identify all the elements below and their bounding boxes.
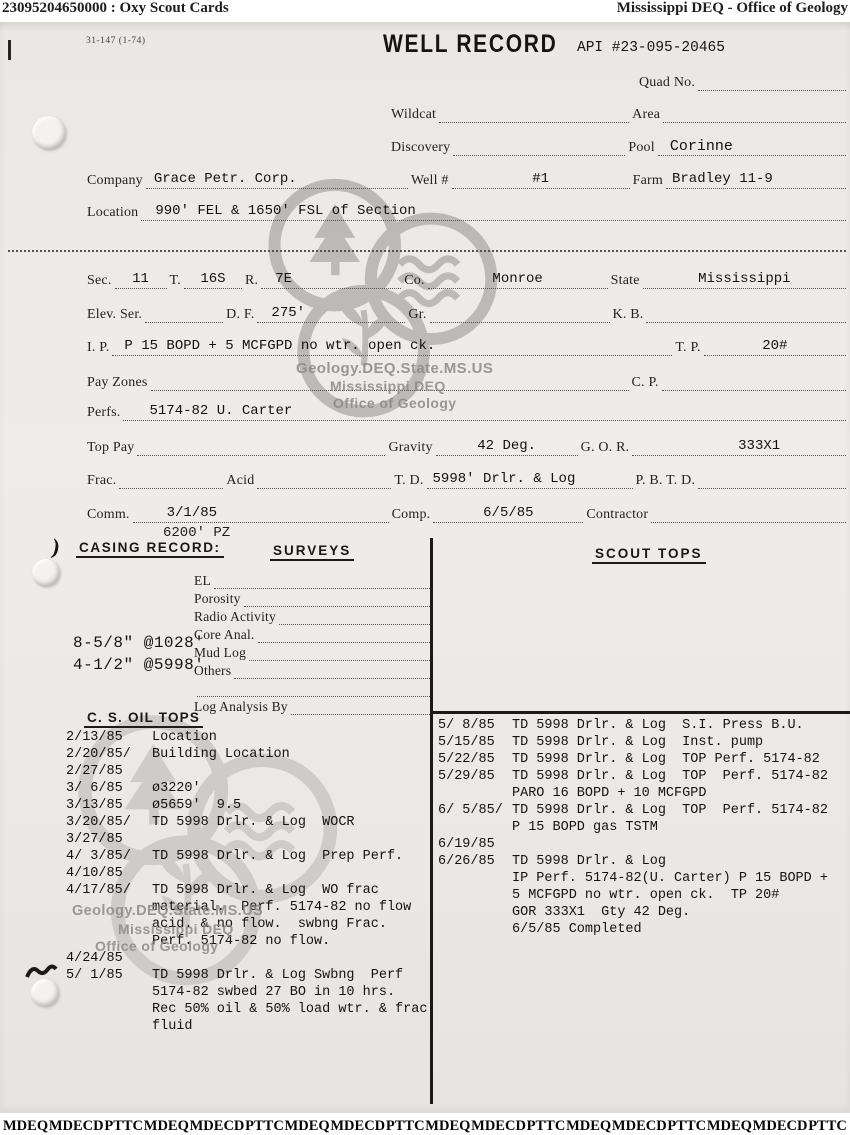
quad-label: Quad No. (636, 75, 698, 91)
field-row-elev-df-gr-kb: Elev. Ser. D. F. 275' Gr. K. B. (84, 303, 846, 323)
watermark-url-text: Geology.DEQ.State.MS.US (72, 903, 263, 919)
area-value (663, 122, 846, 123)
tp-label: T. P. (672, 340, 703, 356)
survey-row: Porosity (194, 589, 432, 607)
form-number: 31-147 (1-74) (86, 36, 146, 46)
log-line: P 15 BOPD gas TSTM (438, 819, 848, 836)
field-row-sec-t-r-co-state: Sec. 11 T. 16S R. 7E Co. Monroe State Mi… (84, 269, 846, 289)
field-row-toppay-gravity-gor: Top Pay Gravity 42 Deg. G. O. R. 333X1 (84, 436, 846, 456)
survey-line (197, 696, 432, 697)
top-pay-value (137, 455, 385, 456)
log-text (512, 836, 848, 853)
footer-token: PTTC (808, 1118, 847, 1135)
survey-line (249, 660, 432, 661)
survey-label: Others (194, 663, 234, 679)
survey-row: Log Analysis By (194, 697, 432, 715)
ip-label: I. P. (84, 340, 112, 356)
log-date: 5/22/85 (438, 751, 512, 768)
log-text (152, 865, 434, 882)
gravity-value: 42 Deg. (436, 438, 578, 456)
scout-tops-log: 5/ 8/85 TD 5998 Drlr. & Log S.I. Press B… (438, 717, 848, 938)
log-text: IP Perf. 5174-82(U. Carter) P 15 BOPD + (512, 870, 848, 887)
log-text: TD 5998 Drlr. & Log Prep Perf. (152, 848, 434, 865)
comp-value: 6/5/85 (433, 505, 583, 523)
kb-value (646, 322, 846, 323)
field-row-perfs: Perfs. 5174-82 U. Carter (84, 401, 846, 421)
survey-row: Radio Activity (194, 607, 432, 625)
log-date (438, 904, 512, 921)
footer-token: PTTC (386, 1118, 425, 1135)
field-row-comm-comp-contractor: Comm. 3/1/85 Comp. 6/5/85 Contractor (84, 503, 846, 523)
footer-token: PTTC (245, 1118, 284, 1135)
log-text: TD 5998 Drlr. & Log Inst. pump (512, 734, 848, 751)
location-value: 990' FEL & 1650' FSL of Section (141, 203, 846, 221)
footer-token: MDECD (190, 1118, 245, 1135)
oil-tops-log: 2/13/85 Location 2/20/85/ Building Locat… (66, 729, 434, 1035)
field-row-location: Location 990' FEL & 1650' FSL of Section (84, 201, 846, 221)
quad-value (698, 90, 846, 91)
sec-label: Sec. (84, 273, 115, 289)
wildcat-label: Wildcat (388, 107, 439, 123)
footer-token: MDEQ (425, 1118, 470, 1135)
survey-line (214, 588, 432, 589)
kb-label: K. B. (610, 307, 647, 323)
log-date: 3/ 6/85 (66, 780, 152, 797)
footer-token: MDECD (330, 1118, 385, 1135)
survey-label: Radio Activity (194, 609, 279, 625)
log-text (152, 763, 434, 780)
pool-label: Pool (625, 140, 657, 156)
footer-token: MDECD (612, 1118, 667, 1135)
casing-line: 8-5/8" @1028' (73, 632, 204, 654)
county-label: Co. (401, 273, 427, 289)
log-date: 5/15/85 (438, 734, 512, 751)
pbtd-value (698, 488, 846, 489)
punch-hole (32, 559, 60, 587)
survey-label: Mud Log (194, 645, 249, 661)
casing-record-heading: CASING RECORD: (76, 540, 224, 558)
log-date (66, 1018, 152, 1035)
log-text: TD 5998 Drlr. & Log TOP Perf. 5174-82 (512, 768, 848, 785)
log-date (66, 984, 152, 1001)
log-text: fluid (152, 1018, 434, 1035)
survey-row: EL (194, 571, 432, 589)
log-text: P 15 BOPD gas TSTM (512, 819, 848, 836)
state-label: State (608, 273, 643, 289)
log-text: TD 5998 Drlr. & Log Swbng Perf (152, 967, 434, 984)
field-row-company-well-farm: Company Grace Petr. Corp. Well # #1 Farm… (84, 169, 846, 189)
log-date (66, 1001, 152, 1018)
area-label: Area (629, 107, 663, 123)
footer-token: MDECD (49, 1118, 104, 1135)
watermark-office-text: Office of Geology (95, 938, 218, 954)
township-value: 16S (184, 271, 242, 289)
pay-zones-label: Pay Zones (84, 375, 151, 391)
log-line: 6/19/85 (438, 836, 848, 853)
pool-value: Corinne (658, 138, 846, 156)
viewer-header-bar: 23095204650000 : Oxy Scout Cards Mississ… (0, 0, 850, 22)
footer-token: MDEQ (285, 1118, 330, 1135)
gravity-label: Gravity (385, 440, 435, 456)
survey-row: Others (194, 661, 432, 679)
df-label: D. F. (223, 307, 257, 323)
state-value: Mississippi (643, 271, 846, 289)
range-label: R. (242, 273, 261, 289)
df-value: 275' (257, 305, 405, 323)
punch-hole (32, 116, 66, 150)
log-date (438, 819, 512, 836)
footer-token: MDEQ (3, 1118, 48, 1135)
log-text: 6/5/85 Completed (512, 921, 848, 938)
log-line: 5/ 8/85 TD 5998 Drlr. & Log S.I. Press B… (438, 717, 848, 734)
top-pay-label: Top Pay (84, 440, 137, 456)
acid-label: Acid (223, 473, 257, 489)
log-date: 2/27/85 (66, 763, 152, 780)
agency-title: Mississippi DEQ - Office of Geology (617, 0, 848, 17)
log-line: PARO 16 BOPD + 10 MCFGPD (438, 785, 848, 802)
log-line: 3/20/85/ TD 5998 Drlr. & Log WOCR (66, 814, 434, 831)
survey-row: Core Anal. (194, 625, 432, 643)
log-line: 3/27/85 (66, 831, 434, 848)
farm-label: Farm (630, 173, 666, 189)
county-value: Monroe (428, 271, 608, 289)
watermark-url-text: Geology.DEQ.State.MS.US (296, 360, 493, 377)
log-date (438, 921, 512, 938)
sec-value: 11 (115, 271, 167, 289)
comp-label: Comp. (389, 507, 434, 523)
cp-label: C. P. (629, 375, 662, 391)
log-text: PARO 16 BOPD + 10 MCFGPD (512, 785, 848, 802)
pen-scribble (24, 961, 58, 985)
log-line: 4/10/85 (66, 865, 434, 882)
log-text (152, 831, 434, 848)
company-label: Company (84, 173, 146, 189)
wildcat-value (439, 122, 629, 123)
field-row-discovery-pool: Discovery Pool Corinne (388, 136, 846, 156)
log-date: 3/13/85 (66, 797, 152, 814)
frac-label: Frac. (84, 473, 119, 489)
log-line: 5 MCFGPD no wtr. open ck. TP 20# (438, 887, 848, 904)
log-text: GOR 333X1 Gty 42 Deg. (512, 904, 848, 921)
log-date: 4/10/85 (66, 865, 152, 882)
elev-ser-value (145, 322, 223, 323)
casing-lines: 8-5/8" @1028'4-1/2" @5998' (73, 566, 204, 676)
log-date: 3/27/85 (66, 831, 152, 848)
scanned-well-record-page: 23095204650000 : Oxy Scout Cards Mississ… (0, 0, 850, 1135)
document-id-title: 23095204650000 : Oxy Scout Cards (2, 0, 229, 17)
perfs-value: 5174-82 U. Carter (123, 403, 846, 421)
log-text: TD 5998 Drlr. & Log (512, 853, 848, 870)
log-line: 6/ 5/85/ TD 5998 Drlr. & Log TOP Perf. 5… (438, 802, 848, 819)
api-number: API #23-095-20465 (577, 40, 725, 56)
frac-value (119, 488, 223, 489)
log-date (438, 785, 512, 802)
scout-tops-heading: SCOUT TOPS (592, 546, 706, 564)
log-line: 5/29/85 TD 5998 Drlr. & Log TOP Perf. 51… (438, 768, 848, 785)
survey-label: Log Analysis By (194, 699, 291, 715)
log-date: 4/ 3/85/ (66, 848, 152, 865)
section-separator-dotted (8, 250, 846, 252)
footer-token: MDECD (471, 1118, 526, 1135)
scout-tops-rule (430, 711, 850, 714)
company-value: Grace Petr. Corp. (146, 171, 408, 189)
log-date: 2/20/85/ (66, 746, 152, 763)
survey-line (244, 606, 432, 607)
field-row-ip-tp: I. P. P 15 BOPD + 5 MCFGPD no wtr. open … (84, 336, 846, 356)
log-text: 5174-82 swbed 27 BO in 10 hrs. (152, 984, 434, 1001)
tp-value: 20# (704, 338, 846, 356)
comm-value: 3/1/85 (133, 505, 389, 523)
log-text: ø3220' (152, 780, 434, 797)
footer-token: MDEQ (707, 1118, 752, 1135)
cs-oil-tops-heading: C. S. OIL TOPS (84, 710, 203, 728)
footer-token: PTTC (104, 1118, 143, 1135)
log-line: 3/ 6/85 ø3220' (66, 780, 434, 797)
discovery-value (453, 155, 625, 156)
log-date: 6/26/85 (438, 853, 512, 870)
log-line: 6/5/85 Completed (438, 921, 848, 938)
log-line: 5174-82 swbed 27 BO in 10 hrs. (66, 984, 434, 1001)
survey-line (291, 714, 432, 715)
survey-line (279, 624, 432, 625)
survey-label: Core Anal. (194, 627, 258, 643)
log-line: 6/26/85 TD 5998 Drlr. & Log (438, 853, 848, 870)
log-date: 6/ 5/85/ (438, 802, 512, 819)
footer-ticker: MDEQMDECDPTTCMDEQMDECDPTTCMDEQMDECDPTTCM… (0, 1113, 850, 1135)
log-text: TD 5998 Drlr. & Log S.I. Press B.U. (512, 717, 848, 734)
field-row-quad: Quad No. (636, 71, 846, 91)
location-label: Location (84, 205, 141, 221)
scan-edge-mark (8, 40, 11, 60)
log-line: 2/27/85 (66, 763, 434, 780)
log-line: 5/22/85 TD 5998 Drlr. & Log TOP Perf. 51… (438, 751, 848, 768)
watermark-agency-text: Mississippi DEQ (118, 921, 234, 937)
footer-token: MDECD (753, 1118, 808, 1135)
log-line: 3/13/85 ø5659' 9.5 (66, 797, 434, 814)
contractor-label: Contractor (583, 507, 651, 523)
td-label: T. D. (391, 473, 426, 489)
field-row-wildcat-area: Wildcat Area (388, 103, 846, 123)
page-title: WELL RECORD (383, 30, 557, 59)
watermark-office-text: Office of Geology (333, 395, 456, 411)
survey-line (258, 642, 433, 643)
range-value: 7E (261, 271, 401, 289)
surveys-heading: SURVEYS (270, 543, 354, 561)
log-date: 4/17/85/ (66, 882, 152, 899)
surveys-list: EL Porosity Radio Activity Core Anal. Mu… (194, 571, 432, 715)
footer-token: MDEQ (566, 1118, 611, 1135)
log-date: 5/29/85 (438, 768, 512, 785)
survey-row (194, 679, 432, 697)
footer-token: PTTC (667, 1118, 706, 1135)
elev-ser-label: Elev. Ser. (84, 307, 145, 323)
contractor-value (651, 522, 846, 523)
log-line: 4/ 3/85/ TD 5998 Drlr. & Log Prep Perf. (66, 848, 434, 865)
gor-label: G. O. R. (578, 440, 633, 456)
log-line: GOR 333X1 Gty 42 Deg. (438, 904, 848, 921)
log-text: 5 MCFGPD no wtr. open ck. TP 20# (512, 887, 848, 904)
log-line: 4/17/85/ TD 5998 Drlr. & Log WO frac (66, 882, 434, 899)
td-value: 5998' Drlr. & Log (427, 471, 633, 489)
log-date: 3/20/85/ (66, 814, 152, 831)
comm-pz-value: 6200' PZ (163, 525, 230, 541)
log-line: 5/15/85 TD 5998 Drlr. & Log Inst. pump (438, 734, 848, 751)
log-text: Location (152, 729, 434, 746)
log-date: 5/ 8/85 (438, 717, 512, 734)
log-line: fluid (66, 1018, 434, 1035)
cp-value (662, 390, 846, 391)
log-text: TD 5998 Drlr. & Log TOP Perf. 5174-82 (512, 751, 848, 768)
footer-token: MDEQ (144, 1118, 189, 1135)
log-line: IP Perf. 5174-82(U. Carter) P 15 BOPD + (438, 870, 848, 887)
casing-line: 4-1/2" @5998' (73, 654, 204, 676)
pbtd-label: P. B. T. D. (633, 473, 699, 489)
log-date (438, 887, 512, 904)
discovery-label: Discovery (388, 140, 453, 156)
log-date: 6/19/85 (438, 836, 512, 853)
log-date: 2/13/85 (66, 729, 152, 746)
log-text: Rec 50% oil & 50% load wtr. & frac (152, 1001, 434, 1018)
field-row-frac-acid-td-pbtd: Frac. Acid T. D. 5998' Drlr. & Log P. B.… (84, 469, 846, 489)
log-text: TD 5998 Drlr. & Log WOCR (152, 814, 434, 831)
gr-label: Gr. (405, 307, 429, 323)
survey-label: EL (194, 573, 214, 589)
farm-value: Bradley 11-9 (666, 171, 846, 189)
log-text: TD 5998 Drlr. & Log TOP Perf. 5174-82 (512, 802, 848, 819)
ip-value: P 15 BOPD + 5 MCFGPD no wtr. open ck. (112, 338, 672, 356)
survey-line (234, 678, 432, 679)
log-line: 2/13/85 Location (66, 729, 434, 746)
acid-value (257, 488, 391, 489)
survey-row: Mud Log (194, 643, 432, 661)
well-number-value: #1 (452, 171, 630, 189)
gr-value (430, 322, 610, 323)
perfs-label: Perfs. (84, 405, 123, 421)
township-label: T. (167, 273, 184, 289)
log-text: TD 5998 Drlr. & Log WO frac (152, 882, 434, 899)
log-line: 5/ 1/85 TD 5998 Drlr. & Log Swbng Perf (66, 967, 434, 984)
gor-value: 333X1 (632, 438, 846, 456)
log-date (438, 870, 512, 887)
footer-token: PTTC (527, 1118, 566, 1135)
log-line: Rec 50% oil & 50% load wtr. & frac (66, 1001, 434, 1018)
log-text: ø5659' 9.5 (152, 797, 434, 814)
watermark-agency-text: Mississippi DEQ (330, 378, 446, 394)
survey-label: Porosity (194, 591, 244, 607)
comm-label: Comm. (84, 507, 133, 523)
log-date: 5/ 1/85 (66, 967, 152, 984)
well-number-label: Well # (408, 173, 452, 189)
log-text: Building Location (152, 746, 434, 763)
log-line: 2/20/85/ Building Location (66, 746, 434, 763)
